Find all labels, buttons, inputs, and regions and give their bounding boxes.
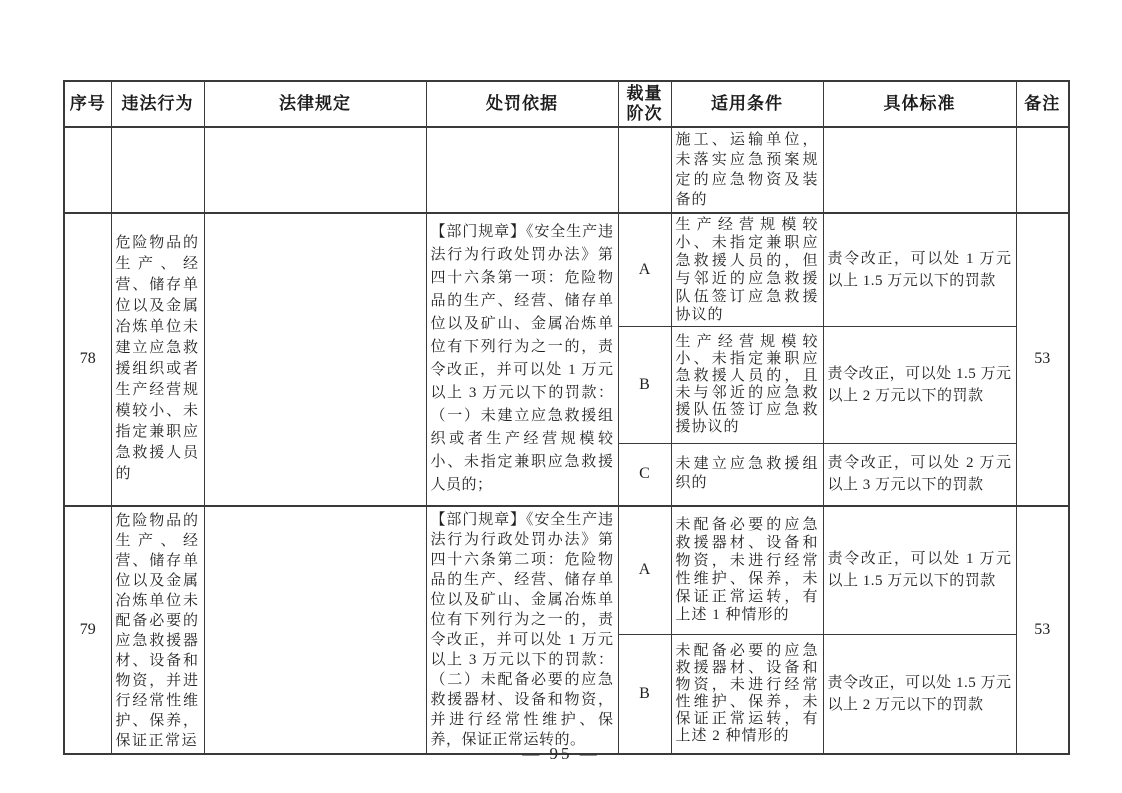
- row-79-level-b: B: [618, 634, 671, 753]
- row-78-level-b: B: [618, 327, 671, 444]
- row-78-level-a: A: [618, 213, 671, 327]
- col-header-violation: 违法行为: [111, 81, 204, 127]
- table-header-row: 序号 违法行为 法律规定 处罚依据 裁量阶次 适用条件 具体标准 备注: [64, 81, 1069, 127]
- col-header-no: 序号: [64, 81, 111, 127]
- row-78-basis: 【部门规章】《安全生产违法行为行政处罚办法》第四十六条第一项：危险物品的生产、经…: [426, 213, 618, 506]
- col-header-condition: 适用条件: [671, 81, 823, 127]
- row-78-no: 78: [64, 213, 111, 506]
- col-header-legal: 法律规定: [204, 81, 426, 127]
- page-number: — 95 —: [0, 744, 1122, 764]
- row-79-remark: 53: [1016, 506, 1069, 754]
- row-79-violation: 危险物品的生产、经营、储存单位以及金属冶炼单位未配备必要的应急救援器材、设备和物…: [111, 506, 204, 754]
- row-79-basis: 【部门规章】《安全生产违法行为行政处罚办法》第四十六条第二项：危险物品的生产、经…: [426, 506, 618, 754]
- col-header-level: 裁量阶次: [618, 81, 671, 127]
- row-79-level-a: A: [618, 506, 671, 635]
- row-79-standard-a: 责令改正，可以处 1 万元以上 1.5 万元以下的罚款: [823, 506, 1016, 635]
- row-78-condition-a: 生产经营规模较小、未指定兼职应急救援人员的，但与邻近的应急救援队伍签订应急救援协…: [671, 213, 823, 327]
- row-78-violation: 危险物品的生产、经营、储存单位以及金属冶炼单位未建立应急救援组织或者生产经营规模…: [111, 213, 204, 506]
- row-78-remark: 53: [1016, 213, 1069, 506]
- cont-level-cell: [618, 127, 671, 213]
- row-78-standard-a: 责令改正，可以处 1 万元以上 1.5 万元以下的罚款: [823, 213, 1016, 327]
- continuation-row: 施工、运输单位，未落实应急预案规定的应急物资及装备的: [64, 127, 1069, 213]
- col-header-basis: 处罚依据: [426, 81, 618, 127]
- col-header-remark: 备注: [1016, 81, 1069, 127]
- row-78-standard-c: 责令改正，可以处 2 万元以上 3 万元以下的罚款: [823, 444, 1016, 506]
- document-page: 序号 违法行为 法律规定 处罚依据 裁量阶次 适用条件 具体标准 备注 施工、运…: [0, 0, 1122, 793]
- cont-legal-cell: [204, 127, 426, 213]
- row-79-condition-b: 未配备必要的应急救援器材、设备和物资，未进行经常性维护、保养，未保证正常运转，有…: [671, 634, 823, 753]
- row-78-level-c: C: [618, 444, 671, 506]
- penalty-table: 序号 违法行为 法律规定 处罚依据 裁量阶次 适用条件 具体标准 备注 施工、运…: [63, 80, 1070, 755]
- cont-standard-cell: [823, 127, 1016, 213]
- row-79-condition-a: 未配备必要的应急救援器材、设备和物资，未进行经常性维护、保养，未保证正常运转，有…: [671, 506, 823, 635]
- cont-violation-cell: [111, 127, 204, 213]
- row-78-standard-b: 责令改正，可以处 1.5 万元以上 2 万元以下的罚款: [823, 327, 1016, 444]
- row-78-legal: [204, 213, 426, 506]
- row-78-subrow-a: 78 危险物品的生产、经营、储存单位以及金属冶炼单位未建立应急救援组织或者生产经…: [64, 213, 1069, 327]
- cont-condition-cell: 施工、运输单位，未落实应急预案规定的应急物资及装备的: [671, 127, 823, 213]
- row-79-no: 79: [64, 506, 111, 754]
- cont-remark-cell: [1016, 127, 1069, 213]
- col-header-standard: 具体标准: [823, 81, 1016, 127]
- row-79-standard-b: 责令改正，可以处 1.5 万元以上 2 万元以下的罚款: [823, 634, 1016, 753]
- row-78-condition-b: 生产经营规模较小、未指定兼职应急救援人员的，且未与邻近的应急救援队伍签订应急救援…: [671, 327, 823, 444]
- row-79-legal: [204, 506, 426, 754]
- row-78-condition-c: 未建立应急救援组织的: [671, 444, 823, 506]
- cont-basis-cell: [426, 127, 618, 213]
- row-79-subrow-a: 79 危险物品的生产、经营、储存单位以及金属冶炼单位未配备必要的应急救援器材、设…: [64, 506, 1069, 635]
- cont-no-cell: [64, 127, 111, 213]
